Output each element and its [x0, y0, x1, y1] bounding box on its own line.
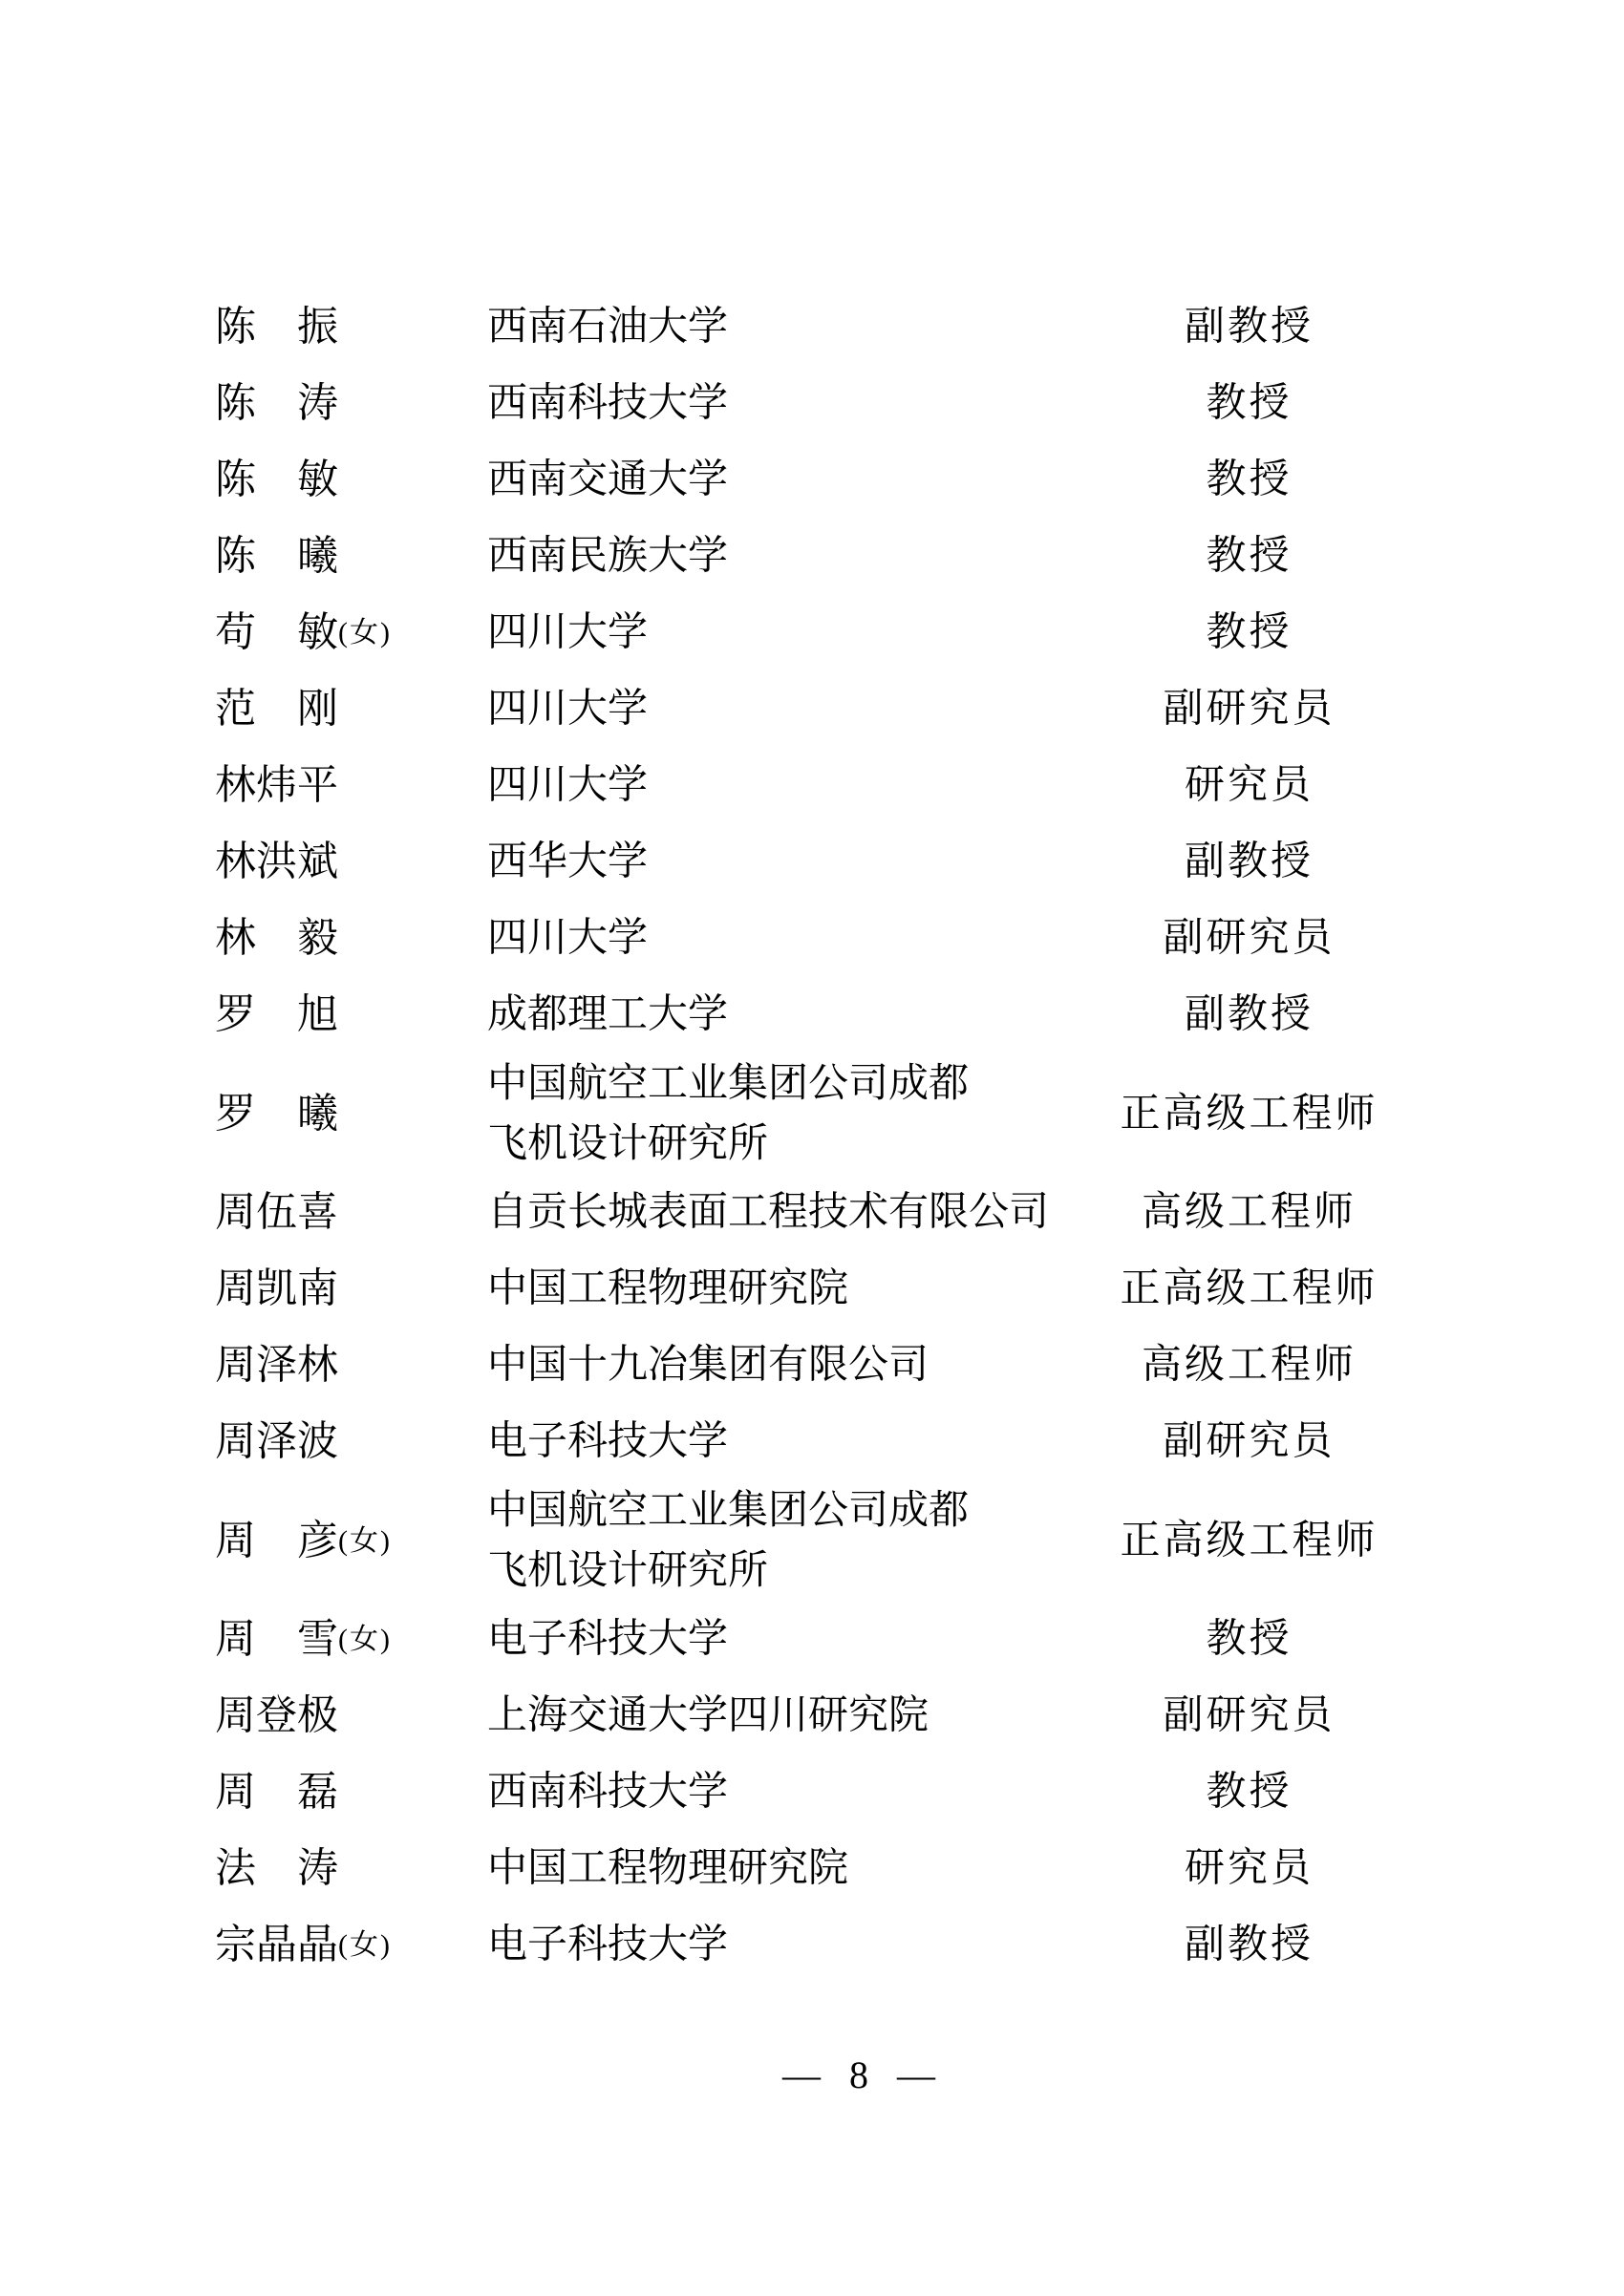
table-row: 周 彦 (女) 中国航空工业集团公司成都 飞机设计研究所 正高级工程师 — [0, 1480, 1624, 1602]
roster-table: 陈 振 西南石油大学 副教授 陈 涛 西南科技大学 教授 陈 敏 西南交通大学 … — [0, 289, 1624, 1984]
job-title: 正高级工程师 — [1075, 1511, 1423, 1571]
person-name: 宗晶晶 — [215, 1916, 341, 1976]
person-name: 周 磊 — [215, 1763, 341, 1823]
job-title: 副教授 — [1075, 833, 1423, 893]
job-title: 高级工程师 — [1075, 1183, 1423, 1244]
person-name: 陈 涛 — [215, 374, 341, 435]
table-row: 苟 敏 (女) 四川大学 教授 — [0, 595, 1624, 671]
institution: 中国十九冶集团有限公司 — [487, 1336, 1079, 1396]
job-title: 教授 — [1075, 1763, 1423, 1823]
person-name: 林炜平 — [215, 756, 341, 817]
institution: 西华大学 — [487, 833, 1079, 893]
job-title: 副研究员 — [1075, 1687, 1423, 1747]
job-title: 副研究员 — [1075, 1413, 1423, 1473]
person-name: 罗 曦 — [215, 1084, 341, 1144]
job-title: 副教授 — [1075, 298, 1423, 358]
person-name: 周登极 — [215, 1687, 341, 1747]
institution: 西南石油大学 — [487, 298, 1079, 358]
institution: 电子科技大学 — [487, 1413, 1079, 1473]
job-title: 正高级工程师 — [1075, 1260, 1423, 1320]
job-title: 副教授 — [1075, 986, 1423, 1046]
job-title: 教授 — [1075, 1610, 1423, 1670]
gender-note: (女) — [338, 1522, 392, 1561]
gender-note: (女) — [338, 1621, 392, 1659]
person-name: 陈 敏 — [215, 451, 341, 511]
job-title: 正高级工程师 — [1075, 1084, 1423, 1144]
institution: 西南民族大学 — [487, 527, 1079, 587]
document-page: 陈 振 西南石油大学 副教授 陈 涛 西南科技大学 教授 陈 敏 西南交通大学 … — [0, 0, 1624, 2296]
job-title: 副教授 — [1075, 1916, 1423, 1976]
institution: 四川大学 — [487, 604, 1079, 664]
table-row: 周凯南 中国工程物理研究院 正高级工程师 — [0, 1251, 1624, 1328]
table-row: 周泽波 电子科技大学 副研究员 — [0, 1404, 1624, 1480]
person-name: 周 彦 — [215, 1511, 341, 1571]
job-title: 教授 — [1075, 374, 1423, 435]
table-row: 法 涛 中国工程物理研究院 研究员 — [0, 1831, 1624, 1907]
institution: 上海交通大学四川研究院 — [487, 1687, 1079, 1747]
table-row: 林 毅 四川大学 副研究员 — [0, 901, 1624, 977]
institution: 中国航空工业集团公司成都 飞机设计研究所 — [487, 1054, 1079, 1175]
job-title: 教授 — [1075, 604, 1423, 664]
job-title: 研究员 — [1075, 1839, 1423, 1900]
gender-note: (女) — [338, 1926, 392, 1965]
person-name: 陈 曦 — [215, 527, 341, 587]
table-row: 陈 敏 西南交通大学 教授 — [0, 442, 1624, 519]
institution: 西南科技大学 — [487, 1763, 1079, 1823]
institution: 西南科技大学 — [487, 374, 1079, 435]
table-row: 周泽林 中国十九冶集团有限公司 高级工程师 — [0, 1328, 1624, 1404]
table-row: 罗 曦 中国航空工业集团公司成都 飞机设计研究所 正高级工程师 — [0, 1053, 1624, 1175]
table-row: 罗 旭 成都理工大学 副教授 — [0, 977, 1624, 1053]
person-name: 范 刚 — [215, 680, 341, 740]
institution: 中国工程物理研究院 — [487, 1839, 1079, 1900]
table-row: 宗晶晶 (女) 电子科技大学 副教授 — [0, 1907, 1624, 1984]
person-name: 林 毅 — [215, 909, 341, 969]
table-row: 陈 振 西南石油大学 副教授 — [0, 289, 1624, 366]
person-name: 苟 敏 — [215, 604, 341, 664]
institution: 电子科技大学 — [487, 1916, 1079, 1976]
person-name: 周 雪 — [215, 1610, 341, 1670]
table-row: 周 磊 西南科技大学 教授 — [0, 1754, 1624, 1831]
job-title: 研究员 — [1075, 756, 1423, 817]
table-row: 陈 涛 西南科技大学 教授 — [0, 366, 1624, 442]
institution: 中国工程物理研究院 — [487, 1260, 1079, 1320]
institution: 成都理工大学 — [487, 986, 1079, 1046]
job-title: 高级工程师 — [1075, 1336, 1423, 1396]
person-name: 法 涛 — [215, 1839, 341, 1900]
institution: 电子科技大学 — [487, 1610, 1079, 1670]
person-name: 周凯南 — [215, 1260, 341, 1320]
institution: 四川大学 — [487, 680, 1079, 740]
person-name: 陈 振 — [215, 298, 341, 358]
table-row: 周 雪 (女) 电子科技大学 教授 — [0, 1602, 1624, 1678]
table-row: 周伍喜 自贡长城表面工程技术有限公司 高级工程师 — [0, 1175, 1624, 1251]
job-title: 副研究员 — [1075, 909, 1423, 969]
institution: 四川大学 — [487, 756, 1079, 817]
person-name: 周泽林 — [215, 1336, 341, 1396]
institution: 自贡长城表面工程技术有限公司 — [487, 1183, 1079, 1244]
person-name: 林洪斌 — [215, 833, 341, 893]
job-title: 副研究员 — [1075, 680, 1423, 740]
institution: 四川大学 — [487, 909, 1079, 969]
job-title: 教授 — [1075, 451, 1423, 511]
person-name: 罗 旭 — [215, 986, 341, 1046]
person-name: 周伍喜 — [215, 1183, 341, 1244]
table-row: 周登极 上海交通大学四川研究院 副研究员 — [0, 1678, 1624, 1754]
institution: 中国航空工业集团公司成都 飞机设计研究所 — [487, 1481, 1079, 1602]
person-name: 周泽波 — [215, 1413, 341, 1473]
table-row: 陈 曦 西南民族大学 教授 — [0, 519, 1624, 595]
table-row: 范 刚 四川大学 副研究员 — [0, 671, 1624, 748]
table-row: 林炜平 四川大学 研究员 — [0, 748, 1624, 824]
table-row: 林洪斌 西华大学 副教授 — [0, 824, 1624, 901]
institution: 西南交通大学 — [487, 451, 1079, 511]
job-title: 教授 — [1075, 527, 1423, 587]
page-number: — 8 — — [52, 2052, 1624, 2099]
gender-note: (女) — [338, 614, 392, 652]
